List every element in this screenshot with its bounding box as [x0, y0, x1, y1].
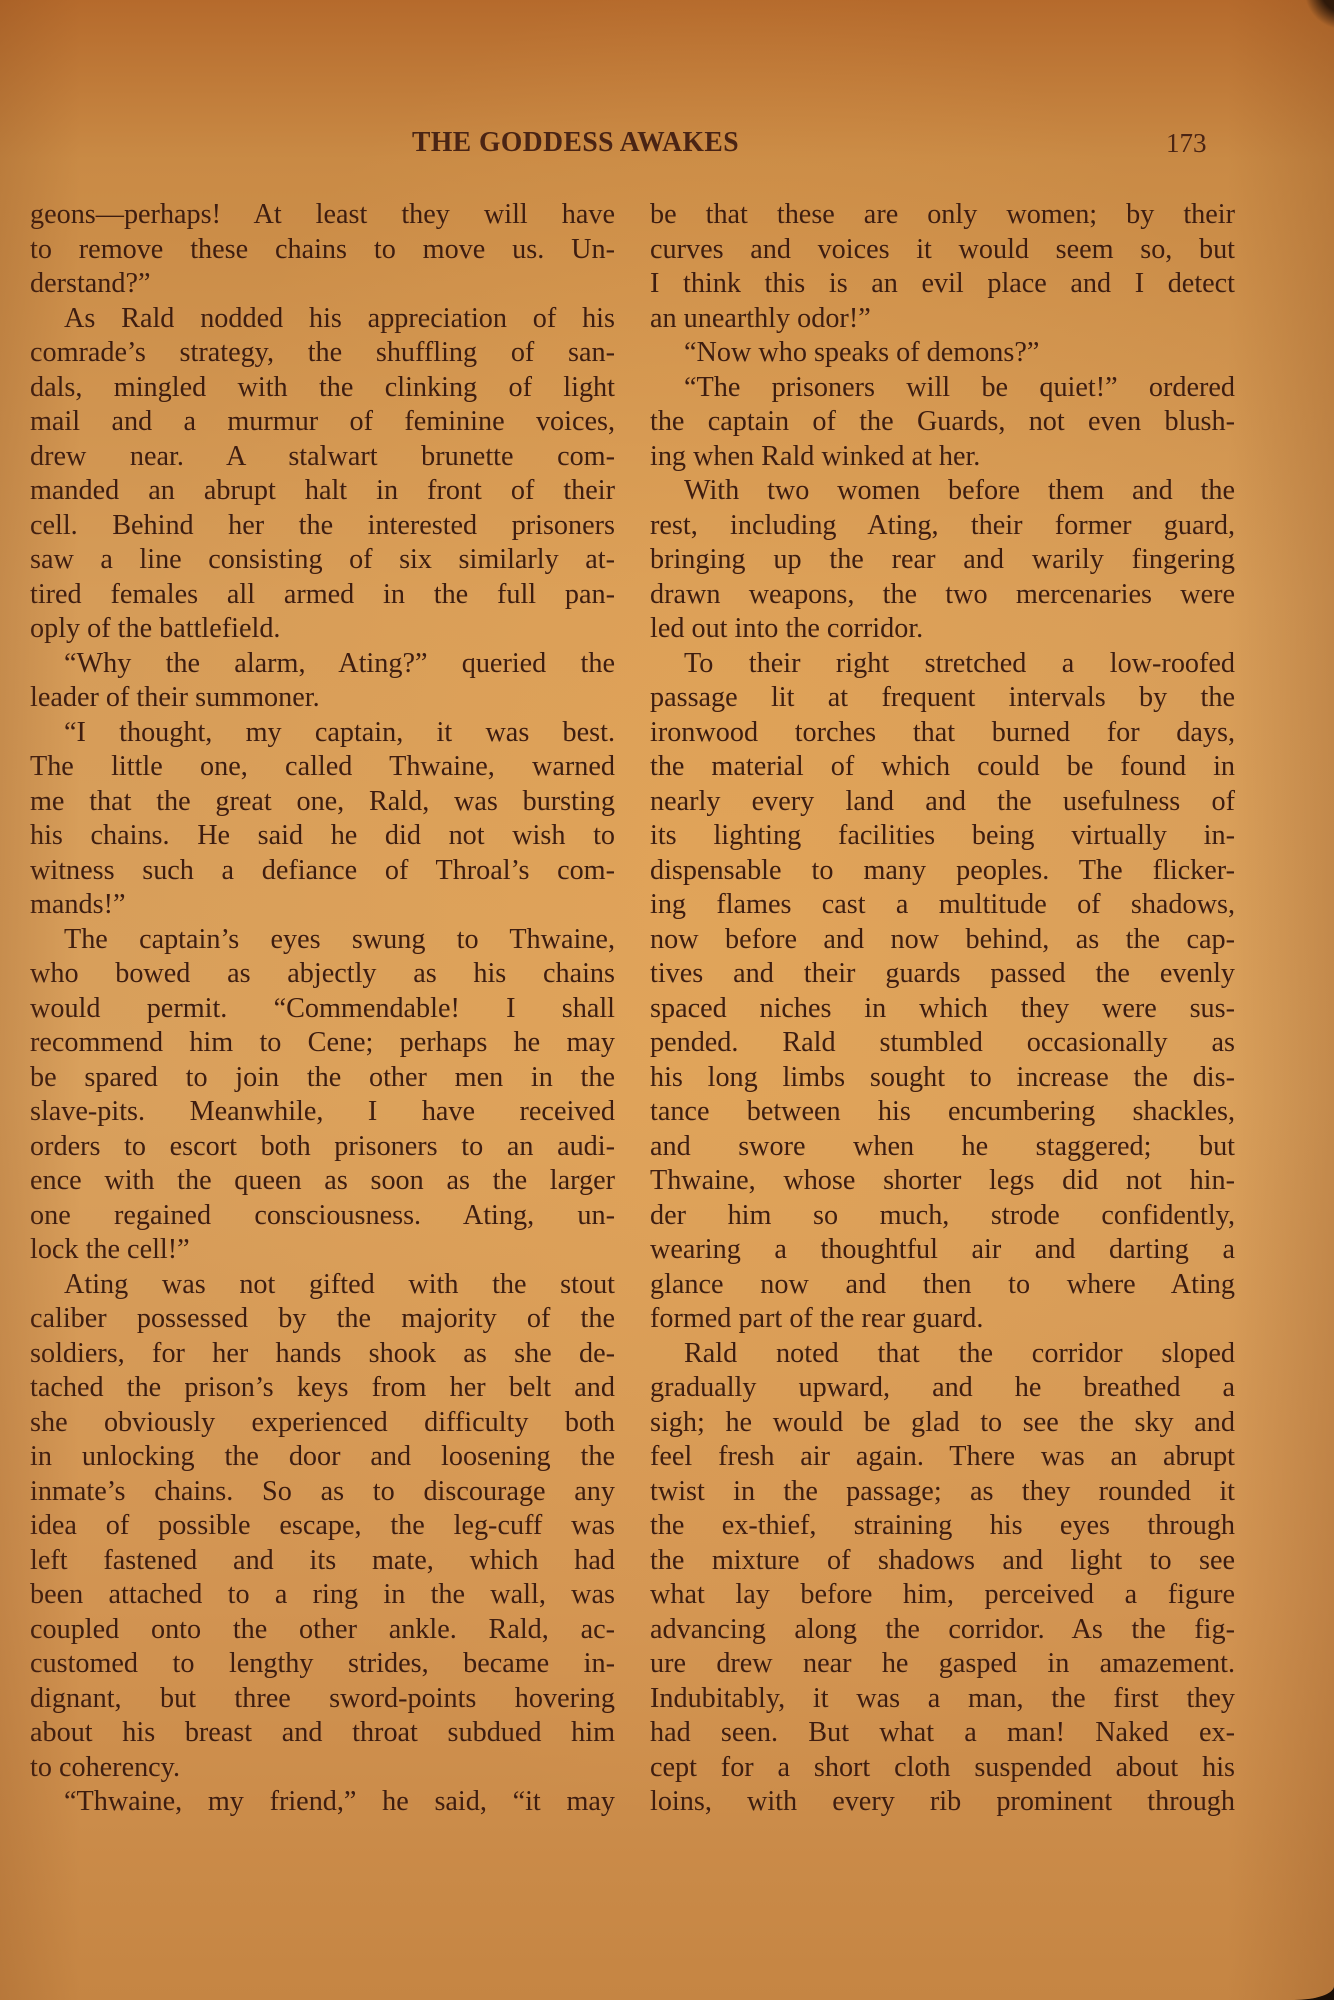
text-line: dignant, but three sword-points hovering: [30, 1682, 615, 1717]
text-line: “Thwaine, my friend,” he said, “it may: [30, 1785, 615, 1820]
page-corner-shadow: [1304, 0, 1334, 30]
text-line: his long limbs sought to increase the di…: [650, 1061, 1235, 1096]
text-line: dispensable to many peoples. The flicker…: [650, 854, 1235, 889]
text-line: orders to escort both prisoners to an au…: [30, 1130, 615, 1165]
text-line: nearly every land and the usefulness of: [650, 785, 1235, 820]
text-line: comrade’s strategy, the shuffling of san…: [30, 336, 615, 371]
text-line: the mixture of shadows and light to see: [650, 1544, 1235, 1579]
text-line: soldiers, for her hands shook as she de-: [30, 1337, 615, 1372]
text-line: cept for a short cloth suspended about h…: [650, 1751, 1235, 1786]
text-line: one regained consciousness. Ating, un-: [30, 1199, 615, 1234]
text-line: leader of their summoner.: [30, 681, 615, 716]
right-column: be that these are only women; by theircu…: [650, 198, 1235, 1820]
running-title: THE GODDESS AWAKES: [412, 126, 739, 159]
text-line: As Rald nodded his appreciation of his: [30, 302, 615, 337]
text-line: der him so much, strode confidently,: [650, 1199, 1235, 1234]
text-line: the captain of the Guards, not even blus…: [650, 405, 1235, 440]
text-line: wearing a thoughtful air and darting a: [650, 1233, 1235, 1268]
text-line: Thwaine, whose shorter legs did not hin-: [650, 1164, 1235, 1199]
text-line: drew near. A stalwart brunette com-: [30, 440, 615, 475]
text-line: ing flames cast a multitude of shadows,: [650, 888, 1235, 923]
text-line: ing when Rald winked at her.: [650, 440, 1235, 475]
text-line: The captain’s eyes swung to Thwaine,: [30, 923, 615, 958]
text-line: she obviously experienced difficulty bot…: [30, 1406, 615, 1441]
text-line: advancing along the corridor. As the fig…: [650, 1613, 1235, 1648]
left-column: geons—perhaps! At least they will haveto…: [30, 198, 615, 1820]
text-line: what lay before him, perceived a figure: [650, 1578, 1235, 1613]
text-line: geons—perhaps! At least they will have: [30, 198, 615, 233]
text-line: cell. Behind her the interested prisoner…: [30, 509, 615, 544]
text-line: dals, mingled with the clinking of light: [30, 371, 615, 406]
text-line: formed part of the rear guard.: [650, 1302, 1235, 1337]
text-line: about his breast and throat subdued him: [30, 1716, 615, 1751]
text-line: glance now and then to where Ating: [650, 1268, 1235, 1303]
text-line: an unearthly odor!”: [650, 302, 1235, 337]
book-page: THE GODDESS AWAKES 173 geons—perhaps! At…: [0, 0, 1334, 2000]
text-line: to coherency.: [30, 1751, 615, 1786]
text-line: To their right stretched a low-roofed: [650, 647, 1235, 682]
text-line: be spared to join the other men in the: [30, 1061, 615, 1096]
text-line: saw a line consisting of six similarly a…: [30, 543, 615, 578]
text-line: its lighting facilities being virtually …: [650, 819, 1235, 854]
text-line: the material of which could be found in: [650, 750, 1235, 785]
text-line: mands!”: [30, 888, 615, 923]
text-line: tached the prison’s keys from her belt a…: [30, 1371, 615, 1406]
text-line: now before and now behind, as the cap-: [650, 923, 1235, 958]
text-line: led out into the corridor.: [650, 612, 1235, 647]
text-line: inmate’s chains. So as to discourage any: [30, 1475, 615, 1510]
text-line: bringing up the rear and warily fingerin…: [650, 543, 1235, 578]
text-line: me that the great one, Rald, was burstin…: [30, 785, 615, 820]
text-line: caliber possessed by the majority of the: [30, 1302, 615, 1337]
text-line: coupled onto the other ankle. Rald, ac-: [30, 1613, 615, 1648]
text-line: oply of the battlefield.: [30, 612, 615, 647]
text-line: in unlocking the door and loosening the: [30, 1440, 615, 1475]
text-line: derstand?”: [30, 267, 615, 302]
text-line: With two women before them and the: [650, 474, 1235, 509]
page-number: 173: [1166, 128, 1207, 159]
text-line: manded an abrupt halt in front of their: [30, 474, 615, 509]
text-line: gradually upward, and he breathed a: [650, 1371, 1235, 1406]
text-line: be that these are only women; by their: [650, 198, 1235, 233]
text-line: recommend him to Cene; perhaps he may: [30, 1026, 615, 1061]
text-line: “I thought, my captain, it was best.: [30, 716, 615, 751]
text-line: rest, including Ating, their former guar…: [650, 509, 1235, 544]
text-line: his chains. He said he did not wish to: [30, 819, 615, 854]
text-line: slave-pits. Meanwhile, I have received: [30, 1095, 615, 1130]
text-line: to remove these chains to move us. Un-: [30, 233, 615, 268]
text-line: passage lit at frequent intervals by the: [650, 681, 1235, 716]
text-line: pended. Rald stumbled occasionally as: [650, 1026, 1235, 1061]
text-line: loins, with every rib prominent through: [650, 1785, 1235, 1820]
text-line: Rald noted that the corridor sloped: [650, 1337, 1235, 1372]
text-line: “The prisoners will be quiet!” ordered: [650, 371, 1235, 406]
text-line: tance between his encumbering shackles,: [650, 1095, 1235, 1130]
text-line: customed to lengthy strides, became in-: [30, 1647, 615, 1682]
text-line: I think this is an evil place and I dete…: [650, 267, 1235, 302]
text-line: tives and their guards passed the evenly: [650, 957, 1235, 992]
text-line: “Why the alarm, Ating?” queried the: [30, 647, 615, 682]
text-line: curves and voices it would seem so, but: [650, 233, 1235, 268]
text-line: been attached to a ring in the wall, was: [30, 1578, 615, 1613]
text-line: the ex-thief, straining his eyes through: [650, 1509, 1235, 1544]
text-line: feel fresh air again. There was an abrup…: [650, 1440, 1235, 1475]
text-line: idea of possible escape, the leg-cuff wa…: [30, 1509, 615, 1544]
text-line: tired females all armed in the full pan-: [30, 578, 615, 613]
text-line: Indubitably, it was a man, the first the…: [650, 1682, 1235, 1717]
text-line: witness such a defiance of Throal’s com-: [30, 854, 615, 889]
text-line: Ating was not gifted with the stout: [30, 1268, 615, 1303]
text-line: would permit. “Commendable! I shall: [30, 992, 615, 1027]
text-line: and swore when he staggered; but: [650, 1130, 1235, 1165]
text-line: ure drew near he gasped in amazement.: [650, 1647, 1235, 1682]
text-line: lock the cell!”: [30, 1233, 615, 1268]
running-head: THE GODDESS AWAKES 173: [0, 126, 1334, 166]
text-line: ironwood torches that burned for days,: [650, 716, 1235, 751]
text-line: ence with the queen as soon as the large…: [30, 1164, 615, 1199]
text-line: left fastened and its mate, which had: [30, 1544, 615, 1579]
text-line: who bowed as abjectly as his chains: [30, 957, 615, 992]
text-line: twist in the passage; as they rounded it: [650, 1475, 1235, 1510]
text-line: The little one, called Thwaine, warned: [30, 750, 615, 785]
text-line: drawn weapons, the two mercenaries were: [650, 578, 1235, 613]
text-line: had seen. But what a man! Naked ex-: [650, 1716, 1235, 1751]
text-line: sigh; he would be glad to see the sky an…: [650, 1406, 1235, 1441]
text-line: “Now who speaks of demons?”: [650, 336, 1235, 371]
text-line: mail and a murmur of feminine voices,: [30, 405, 615, 440]
text-line: spaced niches in which they were sus-: [650, 992, 1235, 1027]
